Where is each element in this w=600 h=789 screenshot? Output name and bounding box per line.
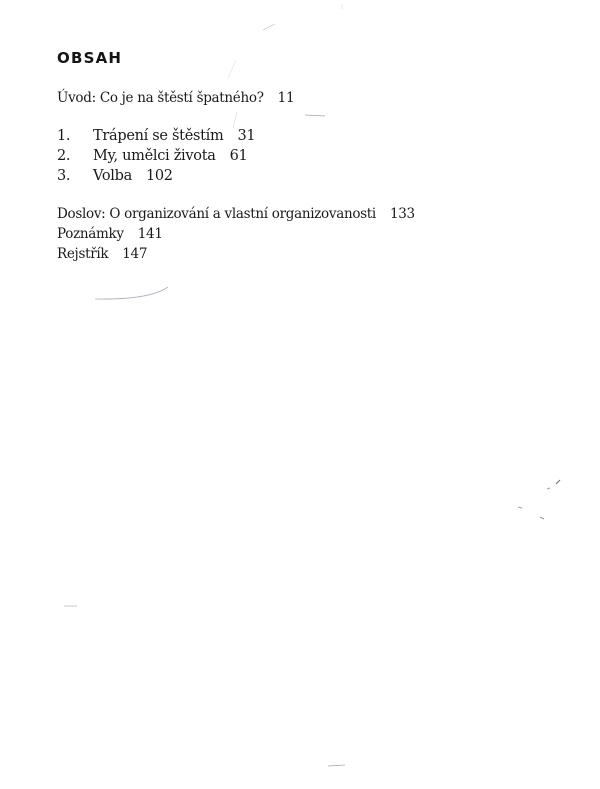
entry-title: My, umělci života [93,148,216,164]
chapter-number: 1. [57,128,93,144]
toc-heading: OBSAH [57,49,122,67]
entry-title: Poznámky [57,226,124,242]
toc-entry-afterword: Doslov: O organizování a vlastní organiz… [57,206,415,222]
entry-page-number: 147 [122,246,147,262]
toc-entry-intro: Úvod: Co je na štěstí špatného?11 [57,90,294,106]
entry-page-number: 133 [390,206,415,222]
entry-page-number: 102 [146,168,173,184]
entry-title: Úvod: Co je na štěstí špatného? [57,90,264,106]
entry-title: Volba [93,168,132,184]
toc-entry-chapter-3: 3.Volba102 [57,168,173,184]
toc-entry-chapter-2: 2.My, umělci života61 [57,148,247,164]
entry-page-number: 31 [237,128,255,144]
entry-title: Doslov: O organizování a vlastní organiz… [57,206,376,222]
entry-page-number: 141 [138,226,163,242]
scan-artifacts [0,0,600,789]
chapter-number: 3. [57,168,93,184]
entry-page-number: 61 [230,148,248,164]
toc-entry-notes: Poznámky141 [57,226,163,242]
toc-entry-index: Rejstřík147 [57,246,147,262]
chapter-number: 2. [57,148,93,164]
entry-page-number: 11 [278,90,295,106]
toc-entry-chapter-1: 1.Trápení se štěstím31 [57,128,255,144]
entry-title: Rejstřík [57,246,108,262]
entry-title: Trápení se štěstím [93,128,223,144]
scanned-page: OBSAH Úvod: Co je na štěstí špatného?11 … [0,0,600,789]
